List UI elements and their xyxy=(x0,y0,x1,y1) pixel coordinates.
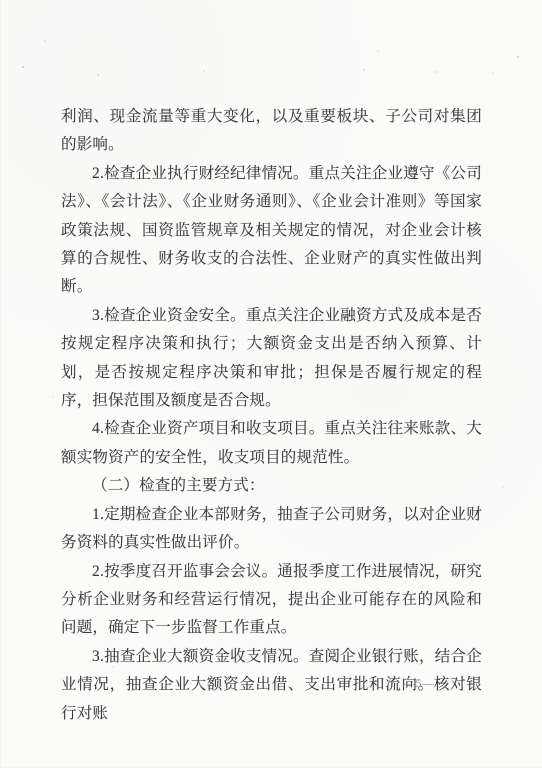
paragraph-method2-quarterly-meeting: 2.按季度召开监事会会议。通报季度工作进展情况，研究分析企业财务和经营运行情况，… xyxy=(61,558,482,643)
scanned-document-page: 利润、现金流量等重大变化，以及重要板块、子公司对集团的影响。 2.检查企业执行财… xyxy=(0,0,542,768)
paragraph-profit-cashflow-continuation: 利润、现金流量等重大变化，以及重要板块、子公司对集团的影响。 xyxy=(61,103,482,160)
paragraph-method1-regular-check: 1.定期检查企业本部财务，抽查子公司财务，以对企业财务资料的真实性做出评价。 xyxy=(61,501,482,558)
paragraph-item4-asset-projects: 4.检查企业资产项目和收支项目。重点关注往来账款、大额实物资产的安全性，收支项目… xyxy=(61,415,482,472)
page-number: —5— xyxy=(403,676,435,691)
heading-inspection-methods: （二）检查的主要方式： xyxy=(61,472,482,500)
paragraph-item3-fund-safety: 3.检查企业资金安全。重点关注企业融资方式及成本是否按规定程序决策和执行；大额资… xyxy=(61,302,482,416)
scan-noise-specks xyxy=(22,66,24,68)
document-body: 利润、现金流量等重大变化，以及重要板块、子公司对集团的影响。 2.检查企业执行财… xyxy=(61,103,482,728)
paragraph-item2-financial-discipline: 2.检查企业执行财经纪律情况。重点关注企业遵守《公司法》、《会计法》、《企业财务… xyxy=(61,160,482,302)
